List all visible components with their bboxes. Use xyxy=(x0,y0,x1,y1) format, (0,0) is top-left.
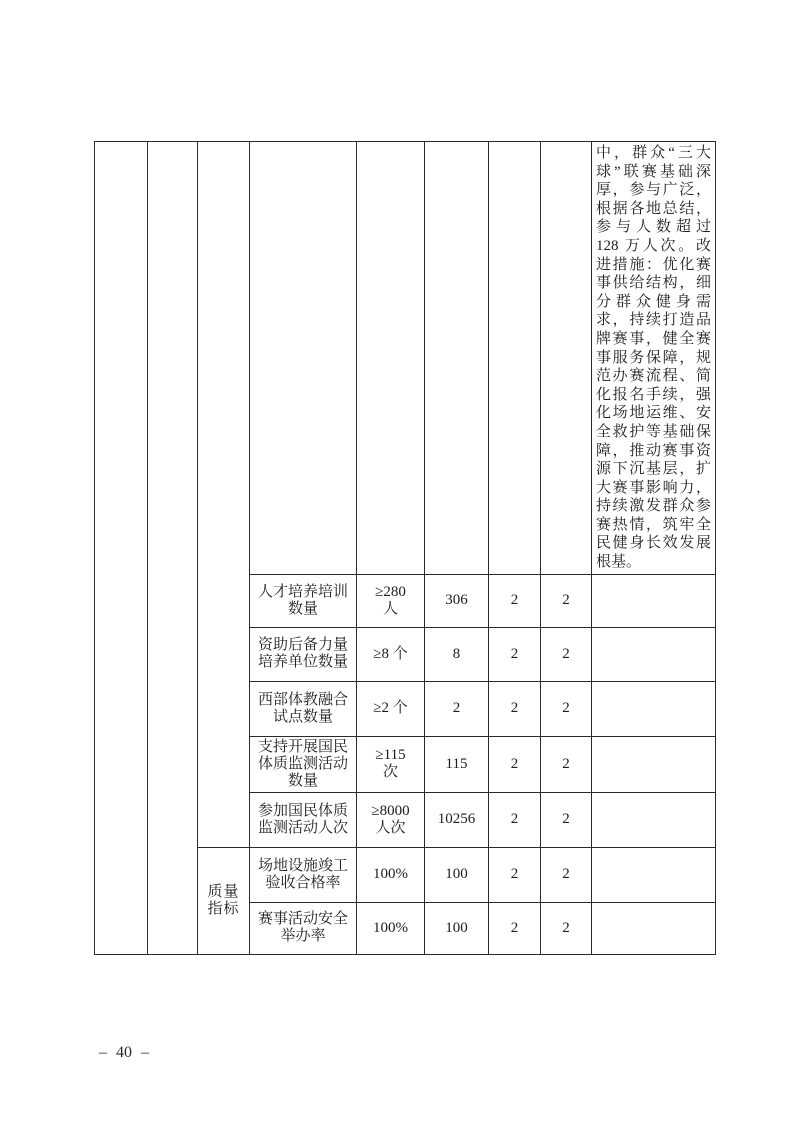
indicator-name-cell: 资助后备力量培养单位数量 xyxy=(250,627,357,681)
score-cell: 2 xyxy=(489,681,541,736)
score-cell: 2 xyxy=(541,847,592,902)
remark-cell xyxy=(592,681,716,736)
document-page: 中，群众“三大球”联赛基础深厚，参与广泛，根据各地总结，参与人数超过 128 万… xyxy=(0,0,793,1122)
target-value-cell: ≥2 个 xyxy=(357,681,425,736)
actual-value-cell: 8 xyxy=(425,627,489,681)
indicator-name-cell: 人才培养培训数量 xyxy=(250,574,357,627)
score-cell: 2 xyxy=(541,902,592,954)
level1-category-cell xyxy=(95,142,148,955)
quality-indicator-label: 质量 指标 xyxy=(198,847,250,954)
actual-value-cell: 306 xyxy=(425,574,489,627)
remark-cell xyxy=(592,792,716,847)
remark-cell xyxy=(592,574,716,627)
remark-cell xyxy=(592,736,716,792)
actual-value-cell xyxy=(425,142,489,575)
score-cell: 2 xyxy=(489,574,541,627)
actual-value-cell: 115 xyxy=(425,736,489,792)
page-number: – 40 – xyxy=(99,1044,149,1062)
indicator-name-cell: 赛事活动安全举办率 xyxy=(250,902,357,954)
target-value-cell: ≥8000 人次 xyxy=(357,792,425,847)
score-cell: 2 xyxy=(541,627,592,681)
indicator-name-cell: 支持开展国民体质监测活动数量 xyxy=(250,736,357,792)
actual-value-cell: 100 xyxy=(425,847,489,902)
actual-value-cell: 10256 xyxy=(425,792,489,847)
target-value-cell xyxy=(357,142,425,575)
remark-cell xyxy=(592,847,716,902)
indicator-name-cell: 西部体教融合试点数量 xyxy=(250,681,357,736)
score-cell: 2 xyxy=(541,681,592,736)
score-cell: 2 xyxy=(541,574,592,627)
target-value-cell: 100% xyxy=(357,902,425,954)
target-value-cell: ≥115 次 xyxy=(357,736,425,792)
actual-value-cell: 100 xyxy=(425,902,489,954)
evaluation-comment-text: 中，群众“三大球”联赛基础深厚，参与广泛，根据各地总结，参与人数超过 128 万… xyxy=(596,144,711,572)
score-cell: 2 xyxy=(541,792,592,847)
score-cell: 2 xyxy=(489,902,541,954)
actual-value-cell: 2 xyxy=(425,681,489,736)
performance-indicator-table: 中，群众“三大球”联赛基础深厚，参与广泛，根据各地总结，参与人数超过 128 万… xyxy=(94,141,716,955)
score-cell: 2 xyxy=(489,627,541,681)
score-cell: 2 xyxy=(541,736,592,792)
remark-cell xyxy=(592,627,716,681)
table-row-continuation: 中，群众“三大球”联赛基础深厚，参与广泛，根据各地总结，参与人数超过 128 万… xyxy=(95,142,716,575)
evaluation-comment-cell: 中，群众“三大球”联赛基础深厚，参与广泛，根据各地总结，参与人数超过 128 万… xyxy=(592,142,716,575)
indicator-name-cell: 参加国民体质监测活动人次 xyxy=(250,792,357,847)
score-cell xyxy=(541,142,592,575)
target-value-cell: ≥8 个 xyxy=(357,627,425,681)
score-cell: 2 xyxy=(489,792,541,847)
indicator-name-cell xyxy=(250,142,357,575)
score-cell: 2 xyxy=(489,847,541,902)
target-value-cell: 100% xyxy=(357,847,425,902)
score-cell: 2 xyxy=(489,736,541,792)
level2-category-cell xyxy=(148,142,198,955)
remark-cell xyxy=(592,902,716,954)
score-cell xyxy=(489,142,541,575)
level3-category-cell xyxy=(198,142,250,848)
indicator-name-cell: 场地设施竣工验收合格率 xyxy=(250,847,357,902)
target-value-cell: ≥280 人 xyxy=(357,574,425,627)
